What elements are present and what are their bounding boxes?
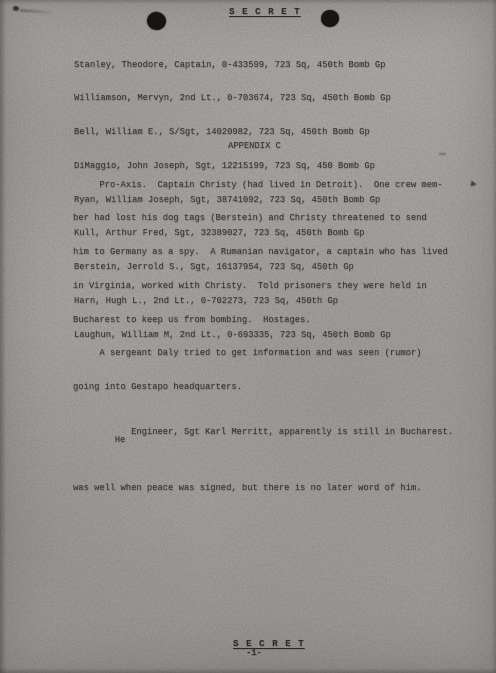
body-line: Engineer, Sgt Karl Merritt, apparently i… bbox=[73, 416, 453, 461]
hole-punch-left bbox=[145, 10, 168, 32]
faint-mark bbox=[439, 153, 446, 155]
body-line: Pro-Axis. Captain Christy (had lived in … bbox=[73, 180, 453, 191]
roster-line: Williamson, Mervyn, 2nd Lt., 0-703674, 7… bbox=[74, 93, 391, 104]
scan-edge-left bbox=[0, 0, 6, 673]
body-text: Pro-Axis. Captain Christy (had lived in … bbox=[73, 157, 453, 517]
scan-edge-top bbox=[0, 0, 496, 4]
roster-line: Stanley, Theodore, Captain, 0-433599, 72… bbox=[74, 60, 391, 71]
raised-typewriter-word: He bbox=[115, 435, 126, 445]
hole-punch-right bbox=[320, 9, 340, 28]
page-number: -1- bbox=[246, 648, 262, 659]
body-line: ber had lost his dog tags (Berstein) and… bbox=[73, 213, 453, 224]
smudge-top-left bbox=[20, 9, 54, 14]
body-line-text: Engineer, Sgt Karl Merritt, apparently i… bbox=[105, 427, 453, 437]
scan-edge-bottom bbox=[0, 668, 496, 673]
body-line: him to Germany as a spy. A Rumanian navi… bbox=[73, 247, 453, 258]
appendix-heading: APPENDIX C bbox=[228, 141, 281, 152]
body-line: was well when peace was signed, but ther… bbox=[73, 483, 453, 494]
scan-edge-right bbox=[492, 0, 496, 673]
classification-stamp-bottom: S E C R E T bbox=[233, 638, 305, 649]
body-line: A sergeant Daly tried to get information… bbox=[73, 348, 453, 359]
margin-mark bbox=[471, 181, 478, 188]
ink-speck-top-left bbox=[13, 6, 19, 11]
body-line: in Virginia, worked with Christy. Told p… bbox=[73, 281, 453, 292]
body-line: going into Gestapo headquarters. bbox=[73, 382, 453, 393]
classification-stamp-top: S E C R E T bbox=[229, 6, 301, 17]
body-line: Bucharest to keep us from bombing. Hosta… bbox=[73, 315, 453, 326]
roster-line: Bell, William E., S/Sgt, 14020982, 723 S… bbox=[74, 127, 391, 138]
document-page: S E C R E T Stanley, Theodore, Captain, … bbox=[0, 0, 496, 673]
